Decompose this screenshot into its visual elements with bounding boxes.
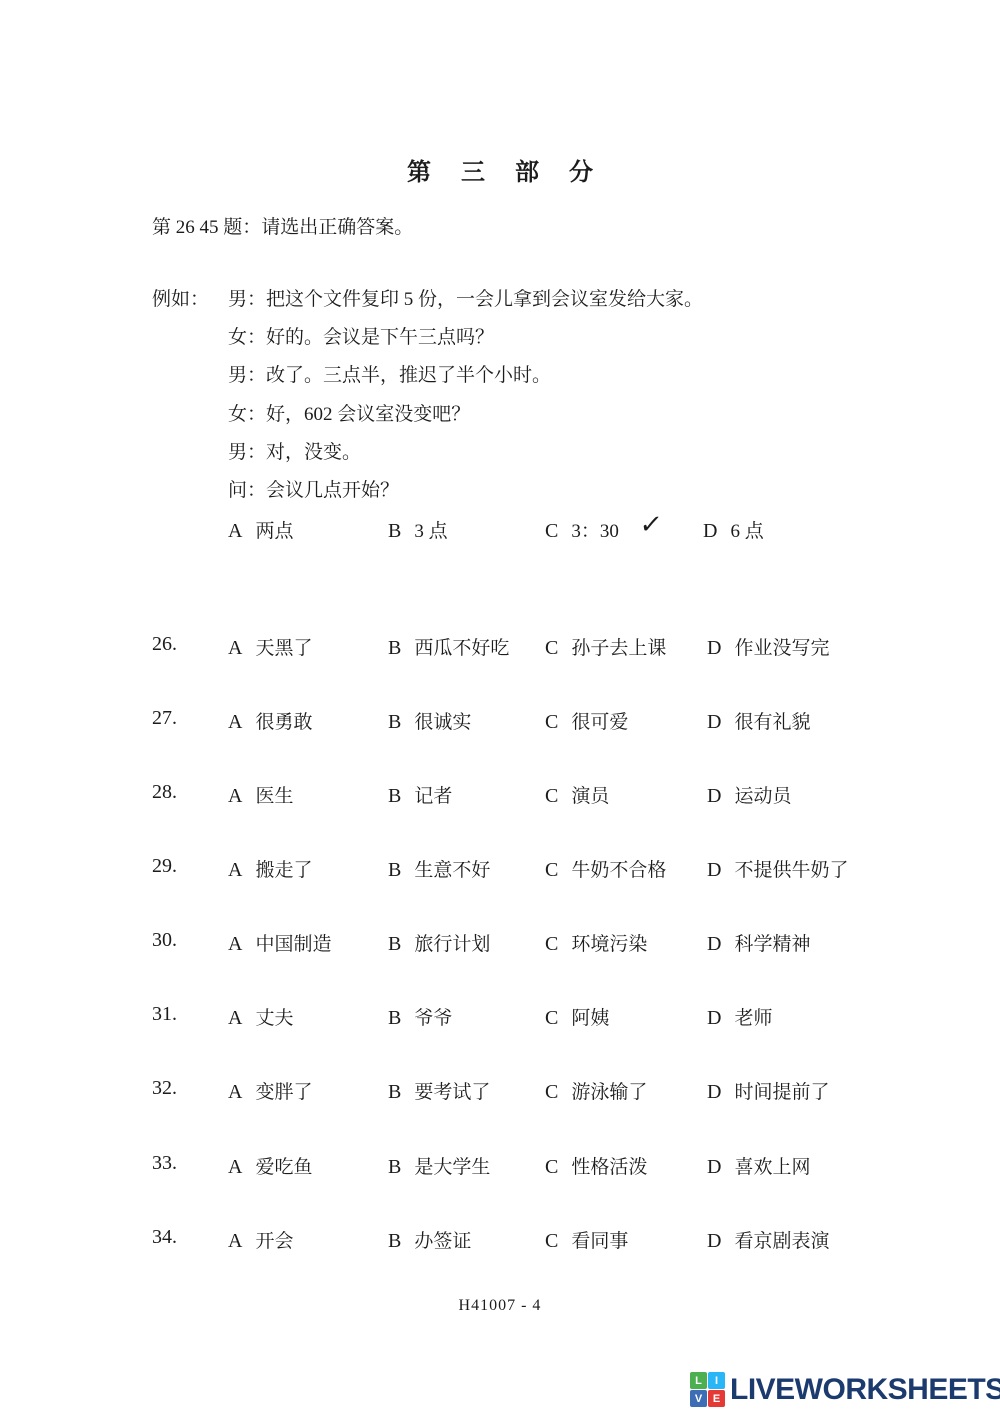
q30-option-d[interactable]: D科学精神 [707,929,810,956]
option-letter: D [707,1230,721,1253]
option-text: 中国制造 [255,934,331,955]
option-text: 医生 [255,786,293,807]
option-text: 开会 [255,1231,293,1252]
q31-option-b[interactable]: B爷爷 [388,1003,452,1030]
example-option-a[interactable]: A两点 [228,516,293,543]
option-letter: C [545,1230,558,1253]
q27-option-d[interactable]: D很有礼貌 [707,707,810,734]
option-letter: D [703,520,717,543]
question-row-29: 29. A搬走了 B生意不好 C牛奶不合格 D不提供牛奶了 [0,855,1000,889]
example-option-b[interactable]: B3 点 [388,516,448,543]
question-row-33: 33. A爱吃鱼 B是大学生 C性格活泼 D喜欢上网 [0,1152,1000,1186]
question-number: 34. [152,1226,177,1249]
option-text: 丈夫 [255,1008,293,1029]
q28-option-d[interactable]: D运动员 [707,781,791,808]
q33-option-a[interactable]: A爱吃鱼 [228,1152,312,1179]
dialogue-speaker: 女： [228,327,266,348]
option-text: 时间提前了 [734,1082,829,1103]
q30-option-b[interactable]: B旅行计划 [388,929,490,956]
option-text: 要考试了 [414,1082,490,1103]
option-text: 老师 [734,1008,772,1029]
option-letter: B [388,933,401,956]
dialogue-text: 好，602 会议室没变吧？ [266,404,470,425]
worksheet-page: 第 三 部 分 第 26 45 题：请选出正确答案。 例如： 男：把这个文件复印… [0,0,1000,1415]
option-letter: B [388,520,401,543]
dialogue-line: 男：对，没变。 [228,437,361,464]
dialogue-line: 女：好，602 会议室没变吧？ [228,399,470,426]
option-text: 生意不好 [414,860,490,881]
q34-option-a[interactable]: A开会 [228,1226,293,1253]
q30-option-c[interactable]: C环境污染 [545,929,647,956]
q30-option-a[interactable]: A中国制造 [228,929,331,956]
option-letter: B [388,637,401,660]
option-letter: A [228,520,242,543]
question-row-26: 26. A天黑了 B西瓜不好吃 C孙子去上课 D作业没写完 [0,633,1000,667]
option-text: 两点 [255,521,293,542]
option-letter: D [707,1081,721,1104]
option-text: 3 点 [414,521,447,542]
question-row-30: 30. A中国制造 B旅行计划 C环境污染 D科学精神 [0,929,1000,963]
question-number: 29. [152,855,177,878]
dialogue-speaker: 女： [228,404,266,425]
q29-option-b[interactable]: B生意不好 [388,855,490,882]
q34-option-c[interactable]: C看同事 [545,1226,628,1253]
option-letter: A [228,859,242,882]
question-number: 31. [152,1003,177,1026]
option-letter: D [707,1007,721,1030]
q26-option-a[interactable]: A天黑了 [228,633,312,660]
option-letter: A [228,1156,242,1179]
q26-option-b[interactable]: B西瓜不好吃 [388,633,509,660]
option-letter: D [707,785,721,808]
option-letter: A [228,711,242,734]
dialogue-text: 把这个文件复印 5 份，一会儿拿到会议室发给大家。 [266,289,703,310]
option-letter: D [707,1156,721,1179]
logo-tile-v: V [690,1390,707,1407]
option-letter: B [388,1230,401,1253]
option-letter: A [228,1081,242,1104]
option-text: 科学精神 [734,934,810,955]
question-number: 27. [152,707,177,730]
q26-option-c[interactable]: C孙子去上课 [545,633,666,660]
example-options-row: A两点 B3 点 C3：30 ✓ D6 点 [0,516,1000,550]
option-text: 旅行计划 [414,934,490,955]
question-number: 32. [152,1077,177,1100]
dialogue-line: 女：好的。会议是下午三点吗？ [228,322,494,349]
section-instruction: 第 26 45 题：请选出正确答案。 [152,212,413,239]
option-text: 作业没写完 [734,638,829,659]
option-text: 运动员 [734,786,791,807]
page-footer-code: H41007 - 4 [0,1297,1000,1315]
question-number: 30. [152,929,177,952]
question-row-31: 31. A丈夫 B爷爷 C阿姨 D老师 [0,1003,1000,1037]
option-text: 阿姨 [571,1008,609,1029]
option-text: 是大学生 [414,1157,490,1178]
q32-option-d[interactable]: D时间提前了 [707,1077,829,1104]
q34-option-d[interactable]: D看京剧表演 [707,1226,829,1253]
option-text: 办签证 [414,1231,471,1252]
option-text: 喜欢上网 [734,1157,810,1178]
q27-option-b[interactable]: B很诚实 [388,707,471,734]
option-text: 爷爷 [414,1008,452,1029]
option-letter: C [545,785,558,808]
q33-option-b[interactable]: B是大学生 [388,1152,490,1179]
q31-option-d[interactable]: D老师 [707,1003,772,1030]
liveworksheets-logo[interactable]: L I V E LIVEWORKSHEETS [690,1372,1000,1407]
example-label: 例如： [152,284,209,311]
option-text: 很勇敢 [255,712,312,733]
dialogue-text: 对，没变。 [266,442,361,463]
q33-option-d[interactable]: D喜欢上网 [707,1152,810,1179]
option-text: 看同事 [571,1231,628,1252]
option-text: 不提供牛奶了 [734,860,848,881]
option-letter: A [228,1230,242,1253]
option-letter: A [228,933,242,956]
q31-option-a[interactable]: A丈夫 [228,1003,293,1030]
q27-option-c[interactable]: C很可爱 [545,707,628,734]
q29-option-d[interactable]: D不提供牛奶了 [707,855,848,882]
option-letter: B [388,1007,401,1030]
option-text: 游泳输了 [571,1082,647,1103]
option-text: 很可爱 [571,712,628,733]
option-letter: D [707,933,721,956]
dialogue-speaker: 问： [228,480,266,501]
question-row-34: 34. A开会 B办签证 C看同事 D看京剧表演 [0,1226,1000,1260]
option-text: 变胖了 [255,1082,312,1103]
option-text: 看京剧表演 [734,1231,829,1252]
question-row-28: 28. A医生 B记者 C演员 D运动员 [0,781,1000,815]
option-text: 很诚实 [414,712,471,733]
option-letter: C [545,1007,558,1030]
dialogue-text: 好的。会议是下午三点吗？ [266,327,494,348]
option-letter: C [545,933,558,956]
option-letter: B [388,785,401,808]
question-row-32: 32. A变胖了 B要考试了 C游泳输了 D时间提前了 [0,1077,1000,1111]
q29-option-a[interactable]: A搬走了 [228,855,312,882]
page-title: 第 三 部 分 [0,152,1000,187]
question-number: 33. [152,1152,177,1175]
q32-option-a[interactable]: A变胖了 [228,1077,312,1104]
question-number: 26. [152,633,177,656]
option-text: 西瓜不好吃 [414,638,509,659]
q26-option-d[interactable]: D作业没写完 [707,633,829,660]
q32-option-c[interactable]: C游泳输了 [545,1077,647,1104]
dialogue-speaker: 男： [228,442,266,463]
option-letter: C [545,1081,558,1104]
option-letter: C [545,1156,558,1179]
option-text: 记者 [414,786,452,807]
option-text: 爱吃鱼 [255,1157,312,1178]
q32-option-b[interactable]: B要考试了 [388,1077,490,1104]
option-text: 演员 [571,786,609,807]
option-text: 6 点 [730,521,763,542]
dialogue-line: 男：把这个文件复印 5 份，一会儿拿到会议室发给大家。 [228,284,703,311]
q33-option-c[interactable]: C性格活泼 [545,1152,647,1179]
option-letter: D [707,859,721,882]
option-text: 性格活泼 [571,1157,647,1178]
logo-tile-l: L [690,1372,707,1389]
q28-option-b[interactable]: B记者 [388,781,452,808]
option-letter: B [388,711,401,734]
question-row-27: 27. A很勇敢 B很诚实 C很可爱 D很有礼貌 [0,707,1000,741]
dialogue-speaker: 男： [228,365,266,386]
liveworksheets-logo-icon: L I V E [690,1372,725,1407]
question-number: 28. [152,781,177,804]
option-letter: C [545,711,558,734]
dialogue-line: 问：会议几点开始？ [228,475,399,502]
option-letter: C [545,859,558,882]
q29-option-c[interactable]: C牛奶不合格 [545,855,666,882]
q27-option-a[interactable]: A很勇敢 [228,707,312,734]
q28-option-a[interactable]: A医生 [228,781,293,808]
checkmark-icon: ✓ [638,510,664,540]
liveworksheets-wordmark: LIVEWORKSHEETS [730,1373,1000,1407]
logo-tile-i: I [708,1372,725,1389]
option-text: 牛奶不合格 [571,860,666,881]
option-letter: A [228,785,242,808]
dialogue-line: 男：改了。三点半，推迟了半个小时。 [228,360,551,387]
q28-option-c[interactable]: C演员 [545,781,609,808]
option-text: 很有礼貌 [734,712,810,733]
dialogue-speaker: 男： [228,289,266,310]
option-letter: A [228,1007,242,1030]
option-text: 孙子去上课 [571,638,666,659]
q31-option-c[interactable]: C阿姨 [545,1003,609,1030]
dialogue-text: 改了。三点半，推迟了半个小时。 [266,365,551,386]
dialogue-text: 会议几点开始？ [266,480,399,501]
option-letter: D [707,711,721,734]
option-text: 环境污染 [571,934,647,955]
option-letter: D [707,637,721,660]
option-text: 天黑了 [255,638,312,659]
option-letter: A [228,637,242,660]
logo-tile-e: E [708,1390,725,1407]
example-option-c[interactable]: C3：30 [545,516,619,543]
option-text: 3：30 [571,521,619,542]
option-letter: C [545,637,558,660]
option-letter: B [388,1156,401,1179]
example-option-d[interactable]: D6 点 [703,516,764,543]
q34-option-b[interactable]: B办签证 [388,1226,471,1253]
option-letter: C [545,520,558,543]
option-text: 搬走了 [255,860,312,881]
option-letter: B [388,1081,401,1104]
option-letter: B [388,859,401,882]
